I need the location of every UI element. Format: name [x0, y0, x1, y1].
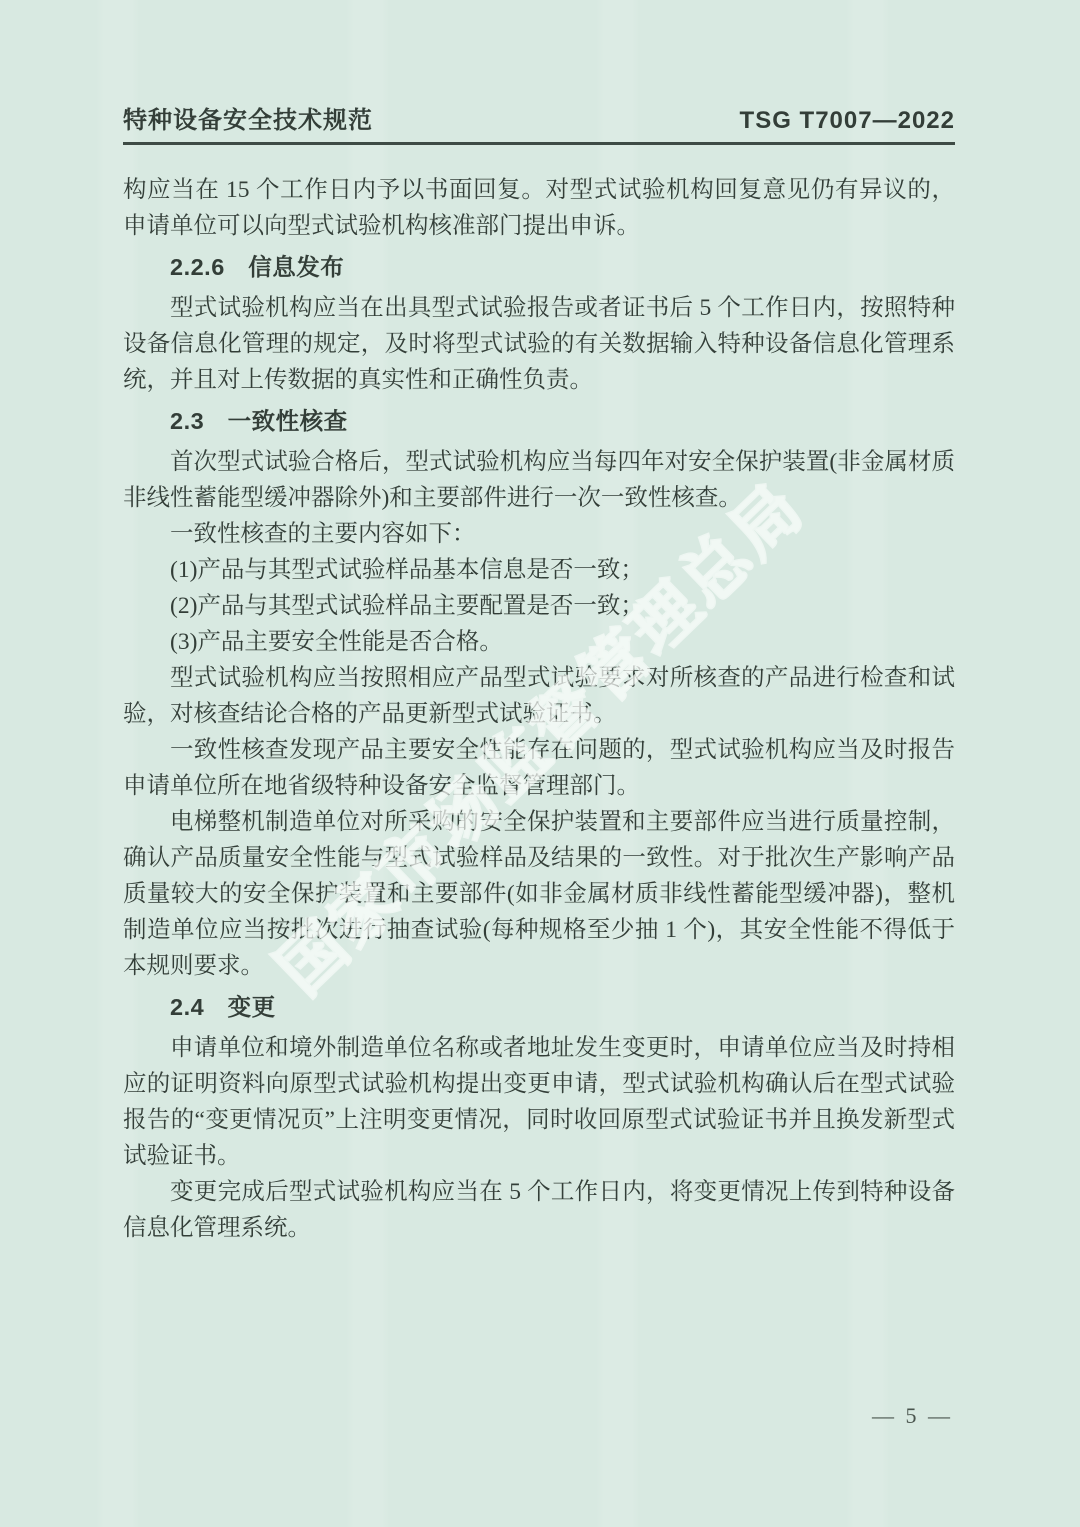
section-title: 一致性核查 — [228, 408, 348, 434]
document-body: 构应当在 15 个工作日内予以书面回复。对型式试验机构回复意见仍有异议的，申请单… — [123, 172, 955, 1246]
paragraph: 型式试验机构应当按照相应产品型式试验要求对所核查的产品进行检查和试验，对核查结论… — [123, 660, 955, 732]
paragraph: 一致性核查发现产品主要安全性能存在问题的，型式试验机构应当及时报告申请单位所在地… — [123, 732, 955, 804]
paragraph: 变更完成后型式试验机构应当在 5 个工作日内，将变更情况上传到特种设备信息化管理… — [123, 1174, 955, 1246]
paragraph: 型式试验机构应当在出具型式试验报告或者证书后 5 个工作日内，按照特种设备信息化… — [123, 290, 955, 398]
paragraph: (1)产品与其型式试验样品基本信息是否一致； — [123, 552, 955, 588]
header-spec-title: 特种设备安全技术规范 — [123, 100, 373, 135]
section-title: 信息发布 — [248, 254, 344, 280]
paragraph: 首次型式试验合格后，型式试验机构应当每四年对安全保护装置(非金属材质非线性蓄能型… — [123, 444, 955, 516]
paragraph: 申请单位和境外制造单位名称或者地址发生变更时，申请单位应当及时持相应的证明资料向… — [123, 1030, 955, 1174]
document-page: 国家市场监督管理总局 特种设备安全技术规范 TSG T7007—2022 构应当… — [0, 0, 1080, 1527]
section-number: 2.3 — [170, 408, 204, 434]
paragraph: 构应当在 15 个工作日内予以书面回复。对型式试验机构回复意见仍有异议的，申请单… — [123, 172, 955, 244]
page-content: 特种设备安全技术规范 TSG T7007—2022 构应当在 15 个工作日内予… — [123, 100, 955, 1246]
section-title: 变更 — [228, 994, 276, 1020]
paragraph: (3)产品主要安全性能是否合格。 — [123, 624, 955, 660]
header-document-code: TSG T7007—2022 — [740, 107, 955, 135]
section-heading: 2.3一致性核查 — [123, 403, 955, 439]
section-heading: 2.4变更 — [123, 989, 955, 1025]
section-number: 2.4 — [170, 994, 204, 1020]
section-heading: 2.2.6信息发布 — [123, 249, 955, 285]
section-number: 2.2.6 — [170, 254, 225, 280]
paragraph: (2)产品与其型式试验样品主要配置是否一致； — [123, 588, 955, 624]
paragraph: 电梯整机制造单位对所采购的安全保护装置和主要部件应当进行质量控制，确认产品质量安… — [123, 804, 955, 984]
page-number: — 5 — — [872, 1403, 953, 1429]
paragraph: 一致性核查的主要内容如下： — [123, 516, 955, 552]
page-header: 特种设备安全技术规范 TSG T7007—2022 — [123, 100, 955, 145]
